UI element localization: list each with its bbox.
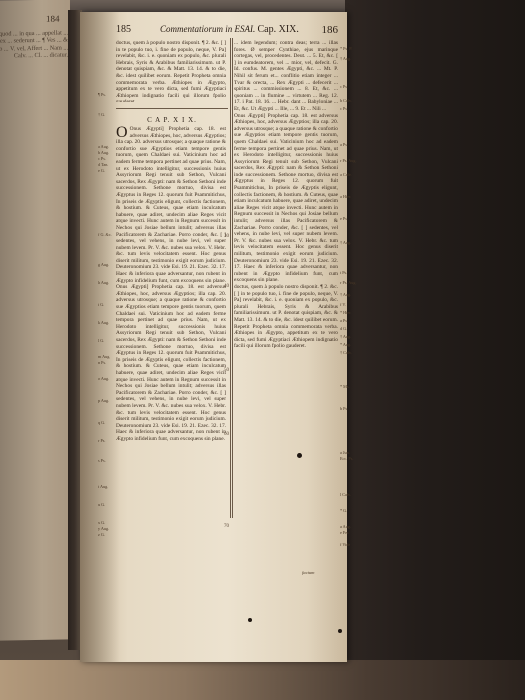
background-dark-right (345, 0, 525, 700)
table-surface (0, 660, 525, 700)
margin-note: x G. (98, 520, 116, 525)
margin-note-right: * Ms. (340, 384, 362, 389)
margin-note-right: a Calv. (340, 172, 362, 177)
margin-note-right: b Calv. (340, 98, 362, 103)
margin-note: d Tan. (98, 162, 116, 167)
drop-cap: O (116, 126, 128, 139)
margin-note-right: a Ps. (340, 142, 362, 147)
margin-note: k Aug. (98, 320, 116, 325)
margin-note: p Aug. (98, 398, 116, 403)
previous-page-text: sunt quod ... in qua ... appellat ... Re… (0, 29, 68, 60)
right-column: ... idem legendum; contra deas; terra ..… (234, 40, 338, 560)
margin-note: b Aug. (98, 150, 116, 155)
page-number-left: 185 (116, 24, 131, 35)
margin-note: t Aug. (98, 484, 116, 489)
page-number-right: 186 (322, 24, 339, 36)
margin-note: y Aug. (98, 526, 116, 531)
right-column-text-cont2: doctus, quem à populo nostro disponit. ¶… (234, 284, 338, 350)
margin-note-right: r Ps. Aug. (340, 280, 362, 285)
margin-note-right: f V. (340, 302, 362, 307)
page-spot (338, 629, 342, 633)
running-header: 185 Commentatiorum in ESAI. Cap. XIX. 18… (116, 24, 338, 38)
line-number-30: 30 (224, 234, 229, 239)
margin-note: s Ps. (98, 458, 116, 463)
margin-note: f G. &c. (98, 232, 116, 237)
margin-note: e G. (98, 168, 116, 173)
margin-note: ¶ Ps. (98, 92, 116, 97)
margin-note: u G. (98, 502, 116, 507)
margin-note-right: e Fer. (340, 530, 362, 535)
margin-note: † G. (98, 112, 116, 117)
margin-note: r Ps. (98, 438, 116, 443)
margin-note: h Aug. (98, 280, 116, 285)
right-column-text-cont: Onus Ægypti] Prophetia cap. 18. est adve… (234, 113, 338, 284)
margin-note: m Aug. (98, 354, 116, 359)
left-column-body: O Onus Ægypti] Prophetia cap. 18. est ad… (116, 126, 226, 443)
margin-note-right: a Hier. (340, 194, 362, 199)
left-column: doctus, quem à populo nostro disponit. ¶… (116, 40, 226, 520)
margin-note-right: † Aug. (340, 56, 362, 61)
column-rule-right (232, 38, 233, 518)
margin-note-right: l Calv. (340, 492, 362, 497)
margin-note-right: a Ps. (340, 318, 362, 323)
margin-note-right: Ecc. Ps. (340, 456, 362, 461)
margin-note-right: c Ps. (340, 106, 362, 111)
margin-note-right: † Aug. (340, 240, 362, 245)
left-column-body-text: Onus Ægypti] Prophetia cap. 18. est adve… (116, 126, 226, 284)
line-number-70: 70 (224, 524, 229, 529)
margin-note-right: * Ps. P. (340, 46, 362, 51)
catchword: factum (302, 570, 324, 575)
page-shadow (80, 12, 120, 662)
margin-note-right: f Vide (340, 542, 362, 547)
book-page: 185 Commentatiorum in ESAI. Cap. XIX. 18… (80, 12, 347, 662)
margin-note-right: b Ps. (340, 406, 362, 411)
margin-note-right: * Aug. (340, 342, 362, 347)
running-title-text: Commentatiorum in (160, 24, 232, 34)
left-column-top-text: doctus, quem à populo nostro disponit. ¶… (116, 40, 226, 102)
margin-note: l G. (98, 338, 116, 343)
left-column-body-text-cont: Onus Ægypti] Prophetia cap. 18. est adve… (116, 284, 226, 442)
margin-note-right: a Aug. (340, 524, 362, 529)
section-rule (116, 108, 228, 109)
margin-note: g Aug. (98, 262, 116, 267)
chapter-heading: C A P. X I X. (116, 116, 228, 124)
margin-note-right: * Hier. (340, 310, 362, 315)
margin-note-right: d G. (340, 326, 362, 331)
line-number-50: 50 (224, 368, 229, 373)
margin-note-right: † Aug. (340, 292, 362, 297)
margin-note: c Ps. (98, 156, 116, 161)
margin-note: n Ps. (98, 360, 116, 365)
margin-note-right: r Ps. Aug. (340, 158, 362, 163)
margin-note-right: t Ps. (340, 270, 362, 275)
running-title-chapter: Cap. XIX. (258, 24, 299, 35)
previous-page-number: 184 (46, 14, 60, 24)
margin-note-right: † Calv. (340, 350, 362, 355)
margin-note: a Aug. (98, 144, 116, 149)
margin-note: q G. (98, 420, 116, 425)
line-number-40: 40 (224, 284, 229, 289)
margin-note-right: † Aug. (340, 334, 362, 339)
margin-note-right: e Ps. (340, 216, 362, 221)
column-rule-left (230, 38, 231, 518)
page-spot (297, 453, 302, 458)
running-title: Commentatiorum in ESAI. Cap. XIX. (160, 24, 299, 35)
margin-note-right: c Ps. (340, 84, 362, 89)
margin-note-right: a Jun. (340, 450, 362, 455)
margin-note: i G. (98, 302, 116, 307)
right-column-text: ... idem legendum; contra deas; terra ..… (234, 40, 338, 113)
previous-page: 184 sunt quod ... in qua ... appellat ..… (0, 0, 70, 641)
line-number-60: 60 (224, 432, 229, 437)
margin-note-right: * G. (340, 508, 362, 513)
margin-note: o Aug. (98, 376, 116, 381)
running-title-book: ESAI. (235, 24, 256, 34)
margin-note: z G. (98, 532, 116, 537)
page-spot (248, 618, 252, 622)
